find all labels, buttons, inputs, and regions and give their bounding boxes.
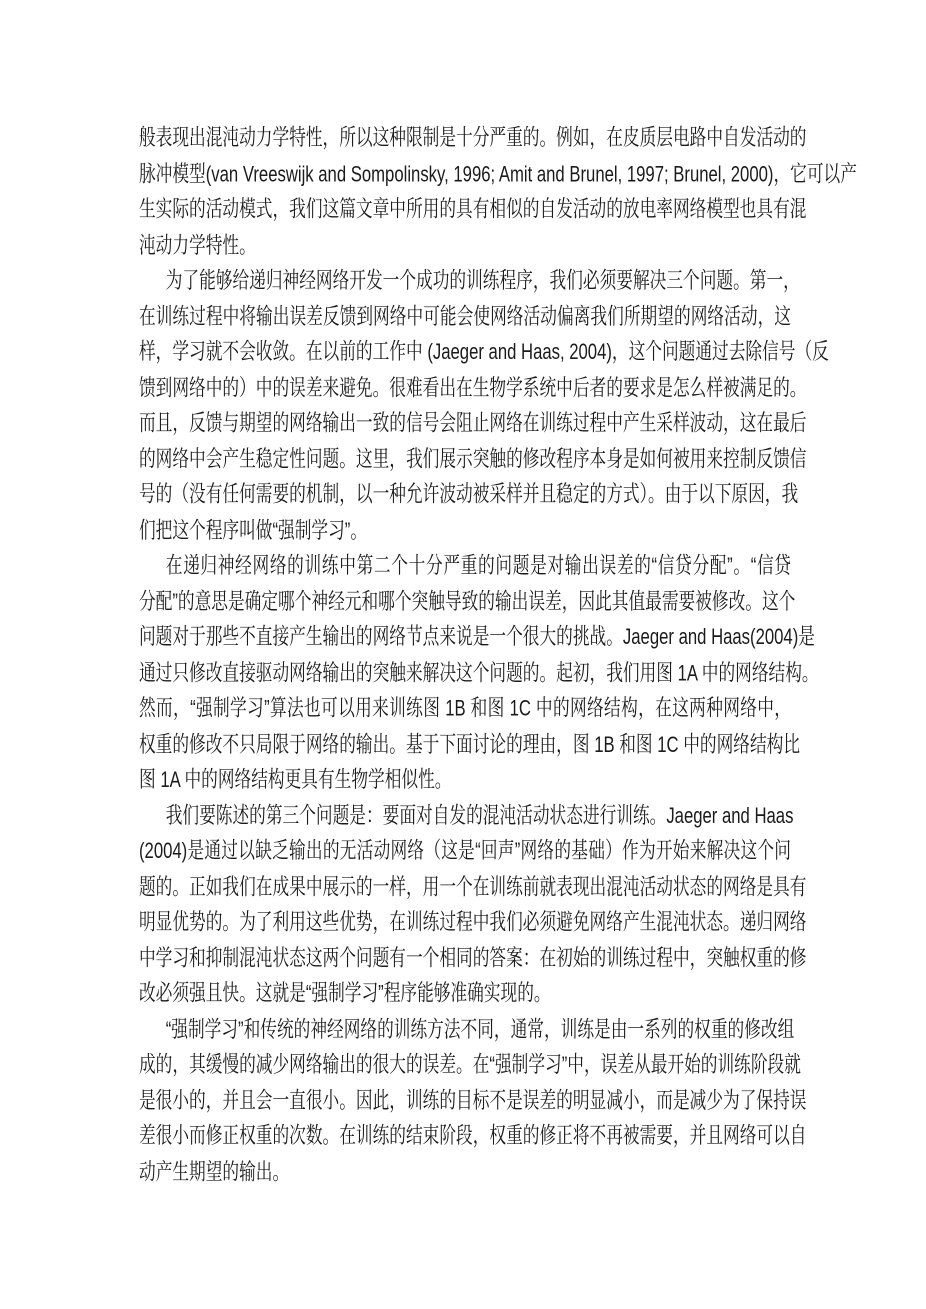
text-line: 通过只修改直接驱动网络输出的突触来解决这个问题的。起初，我们用图 1A 中的网络… xyxy=(139,656,791,692)
text-line: “强制学习”和传统的神经网络的训练方法不同，通常，训练是由一系列的权重的修改组 xyxy=(139,1012,791,1048)
text-line: 然而，“强制学习”算法也可以用来训练图 1B 和图 1C 中的网络结构，在这两种… xyxy=(139,691,791,727)
text-line: 为了能够给递归神经网络开发一个成功的训练程序，我们必须要解决三个问题。第一， xyxy=(139,264,791,300)
text-line: 权重的修改不只局限于网络的输出。基于下面讨论的理由，图 1B 和图 1C 中的网… xyxy=(139,727,791,763)
text-line: 在递归神经网络的训练中第二个十分严重的问题是对输出误差的“信贷分配”。“信贷 xyxy=(139,549,791,585)
paragraph-1: 般表现出混沌动力学特性，所以这种限制是十分严重的。例如，在皮质层电路中自发活动的… xyxy=(139,121,791,264)
text-line: 们把这个程序叫做“强制学习”。 xyxy=(139,513,791,549)
text-line: 成的，其缓慢的减少网络输出的很大的误差。在“强制学习”中，误差从最开始的训练阶段… xyxy=(139,1048,791,1084)
text-line: 图 1A 中的网络结构更具有生物学相似性。 xyxy=(139,763,791,799)
text-line: 分配”的意思是确定哪个神经元和哪个突触导致的输出误差，因此其值最需要被修改。这个 xyxy=(139,584,791,620)
text-line: 生实际的活动模式，我们这篇文章中所用的具有相似的自发活动的放电率网络模型也具有混 xyxy=(139,192,791,228)
text-line: 改必须强且快。这就是“强制学习”程序能够准确实现的。 xyxy=(139,976,791,1012)
text-line: 我们要陈述的第三个问题是：要面对自发的混沌活动状态进行训练。Jaeger and… xyxy=(139,798,791,834)
paragraph-2: 为了能够给递归神经网络开发一个成功的训练程序，我们必须要解决三个问题。第一，在训… xyxy=(139,264,791,549)
paragraph-4: 我们要陈述的第三个问题是：要面对自发的混沌活动状态进行训练。Jaeger and… xyxy=(139,798,791,1012)
text-line: (2004)是通过以缺乏输出的无活动网络（这是“回声”网络的基础）作为开始来解决… xyxy=(139,834,791,870)
text-line: 脉冲模型(van Vreeswijk and Sompolinsky, 1996… xyxy=(139,157,791,193)
text-line: 是很小的，并且会一直很小。因此，训练的目标不是误差的明显减小，而是减少为了保持误 xyxy=(139,1083,791,1119)
document-text: 般表现出混沌动力学特性，所以这种限制是十分严重的。例如，在皮质层电路中自发活动的… xyxy=(139,121,791,1190)
text-line: 而且，反馈与期望的网络输出一致的信号会阻止网络在训练过程中产生采样波动，这在最后 xyxy=(139,406,791,442)
text-line: 题的。正如我们在成果中展示的一样，用一个在训练前就表现出混沌活动状态的网络是具有 xyxy=(139,869,791,905)
text-line: 在训练过程中将输出误差反馈到网络中可能会使网络活动偏离我们所期望的网络活动，这 xyxy=(139,299,791,335)
text-line: 动产生期望的输出。 xyxy=(139,1155,791,1191)
text-line: 沌动力学特性。 xyxy=(139,228,791,264)
text-line: 明显优势的。为了利用这些优势，在训练过程中我们必须避免网络产生混沌状态。递归网络 xyxy=(139,905,791,941)
document-page: 般表现出混沌动力学特性，所以这种限制是十分严重的。例如，在皮质层电路中自发活动的… xyxy=(0,0,926,1309)
paragraph-5: “强制学习”和传统的神经网络的训练方法不同，通常，训练是由一系列的权重的修改组成… xyxy=(139,1012,791,1190)
text-line: 问题对于那些不直接产生输出的网络节点来说是一个很大的挑战。Jaeger and … xyxy=(139,620,791,656)
text-line: 般表现出混沌动力学特性，所以这种限制是十分严重的。例如，在皮质层电路中自发活动的 xyxy=(139,121,791,157)
text-line: 馈到网络中的）中的误差来避免。很难看出在生物学系统中后者的要求是怎么样被满足的。 xyxy=(139,370,791,406)
text-line: 中学习和抑制混沌状态这两个问题有一个相同的答案：在初始的训练过程中，突触权重的修 xyxy=(139,941,791,977)
paragraph-3: 在递归神经网络的训练中第二个十分严重的问题是对输出误差的“信贷分配”。“信贷分配… xyxy=(139,549,791,798)
text-line: 号的（没有任何需要的机制，以一种允许波动被采样并且稳定的方式）。由于以下原因，我 xyxy=(139,477,791,513)
text-line: 样，学习就不会收敛。在以前的工作中 (Jaeger and Haas, 2004… xyxy=(139,335,791,371)
text-line: 差很小而修正权重的次数。在训练的结束阶段，权重的修正将不再被需要，并且网络可以自 xyxy=(139,1119,791,1155)
text-line: 的网络中会产生稳定性问题。这里，我们展示突触的修改程序本身是如何被用来控制反馈信 xyxy=(139,442,791,478)
